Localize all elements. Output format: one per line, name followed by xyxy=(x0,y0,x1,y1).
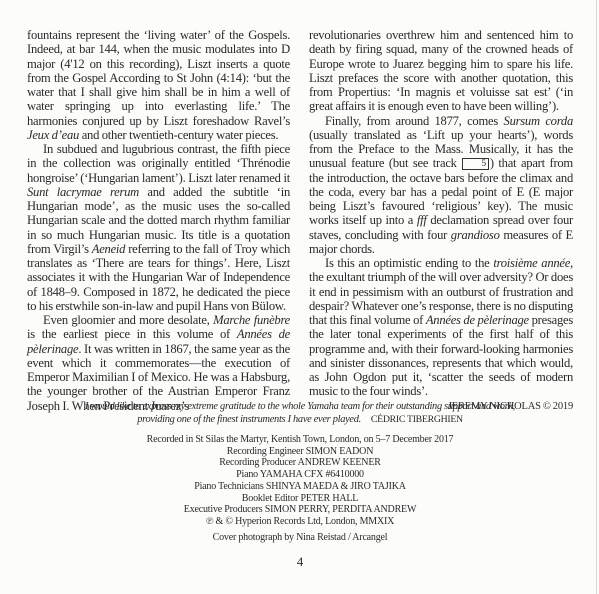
page-number: 4 xyxy=(280,554,320,570)
paragraph-sursum-corda: Finally, from around 1877, comes Sursum … xyxy=(309,114,573,257)
credit-line: ℗ & © Hyperion Records Ltd, London, MMXI… xyxy=(100,516,500,528)
paragraph-revolutionaries: revolutionaries overthrew him and senten… xyxy=(309,28,573,114)
credit-line: Piano Technicians SHINYA MAEDA & JIRO TA… xyxy=(100,481,500,493)
text-span: Finally, from around 1877, comes xyxy=(325,114,504,128)
right-text-column: revolutionaries overthrew him and senten… xyxy=(309,28,573,414)
text-span: Is this an optimistic ending to the xyxy=(325,256,493,270)
text-span: is the earliest piece in this volume of xyxy=(27,327,237,341)
acknowledgement: I would like to express my extreme grati… xyxy=(40,400,560,426)
credit-line: Booklet Editor PETER HALL xyxy=(100,493,500,505)
acknowledgement-signature: CÉDRIC TIBERGHIEN xyxy=(371,414,463,425)
left-text-column: fountains represent the ‘living water’ o… xyxy=(27,28,290,413)
text-span: Even gloomier and more desolate, xyxy=(43,313,213,327)
italic-title: Sursum corda xyxy=(504,114,573,128)
paragraph-sunt-lacrymae: In subdued and lugubrious contrast, the … xyxy=(27,142,290,313)
credit-line: Recording Engineer SIMON EADON xyxy=(100,446,500,458)
acknowledgement-line-2: providing one of the finest instruments … xyxy=(40,413,560,426)
credit-line: Executive Producers SIMON PERRY, PERDITA… xyxy=(100,504,500,516)
text-span: In subdued and lugubrious contrast, the … xyxy=(27,142,290,185)
paragraph-marche-funebre: Even gloomier and more desolate, Marche … xyxy=(27,313,290,413)
acknowledgement-line-1: I would like to express my extreme grati… xyxy=(40,400,560,413)
text-span: revolutionaries overthrew him and senten… xyxy=(309,28,573,113)
track-number-box: 5 xyxy=(462,158,489,170)
paragraph-fountains: fountains represent the ‘living water’ o… xyxy=(27,28,290,142)
credit-line: Piano YAMAHA CFX #6410000 xyxy=(100,469,500,481)
italic-title: troisième année xyxy=(493,256,570,270)
cover-photo-credit: Cover photograph by Nina Reistad / Arcan… xyxy=(100,532,500,543)
text-span: fountains represent the ‘living water’ o… xyxy=(27,28,290,128)
recording-credits: Recorded in St Silas the Martyr, Kentish… xyxy=(100,434,500,528)
italic-dynamic: fff xyxy=(417,213,427,227)
italic-title: Sunt lacrymae rerum xyxy=(27,185,139,199)
page-edge-line xyxy=(596,0,597,594)
credit-line: Recording Producer ANDREW KEENER xyxy=(100,457,500,469)
italic-term: grandioso xyxy=(451,228,500,242)
italic-title: Marche funèbre xyxy=(213,313,290,327)
text-span: and other twentieth-century water pieces… xyxy=(79,128,278,142)
paragraph-troisieme-annee: Is this an optimistic ending to the troi… xyxy=(309,256,573,399)
italic-title: Jeux d’eau xyxy=(27,128,79,142)
italic-title: Années de pèlerinage xyxy=(426,313,529,327)
credit-line: Recorded in St Silas the Martyr, Kentish… xyxy=(100,434,500,446)
acknowledgement-text: providing one of the finest instruments … xyxy=(137,414,361,425)
italic-title: Aeneid xyxy=(92,242,125,256)
